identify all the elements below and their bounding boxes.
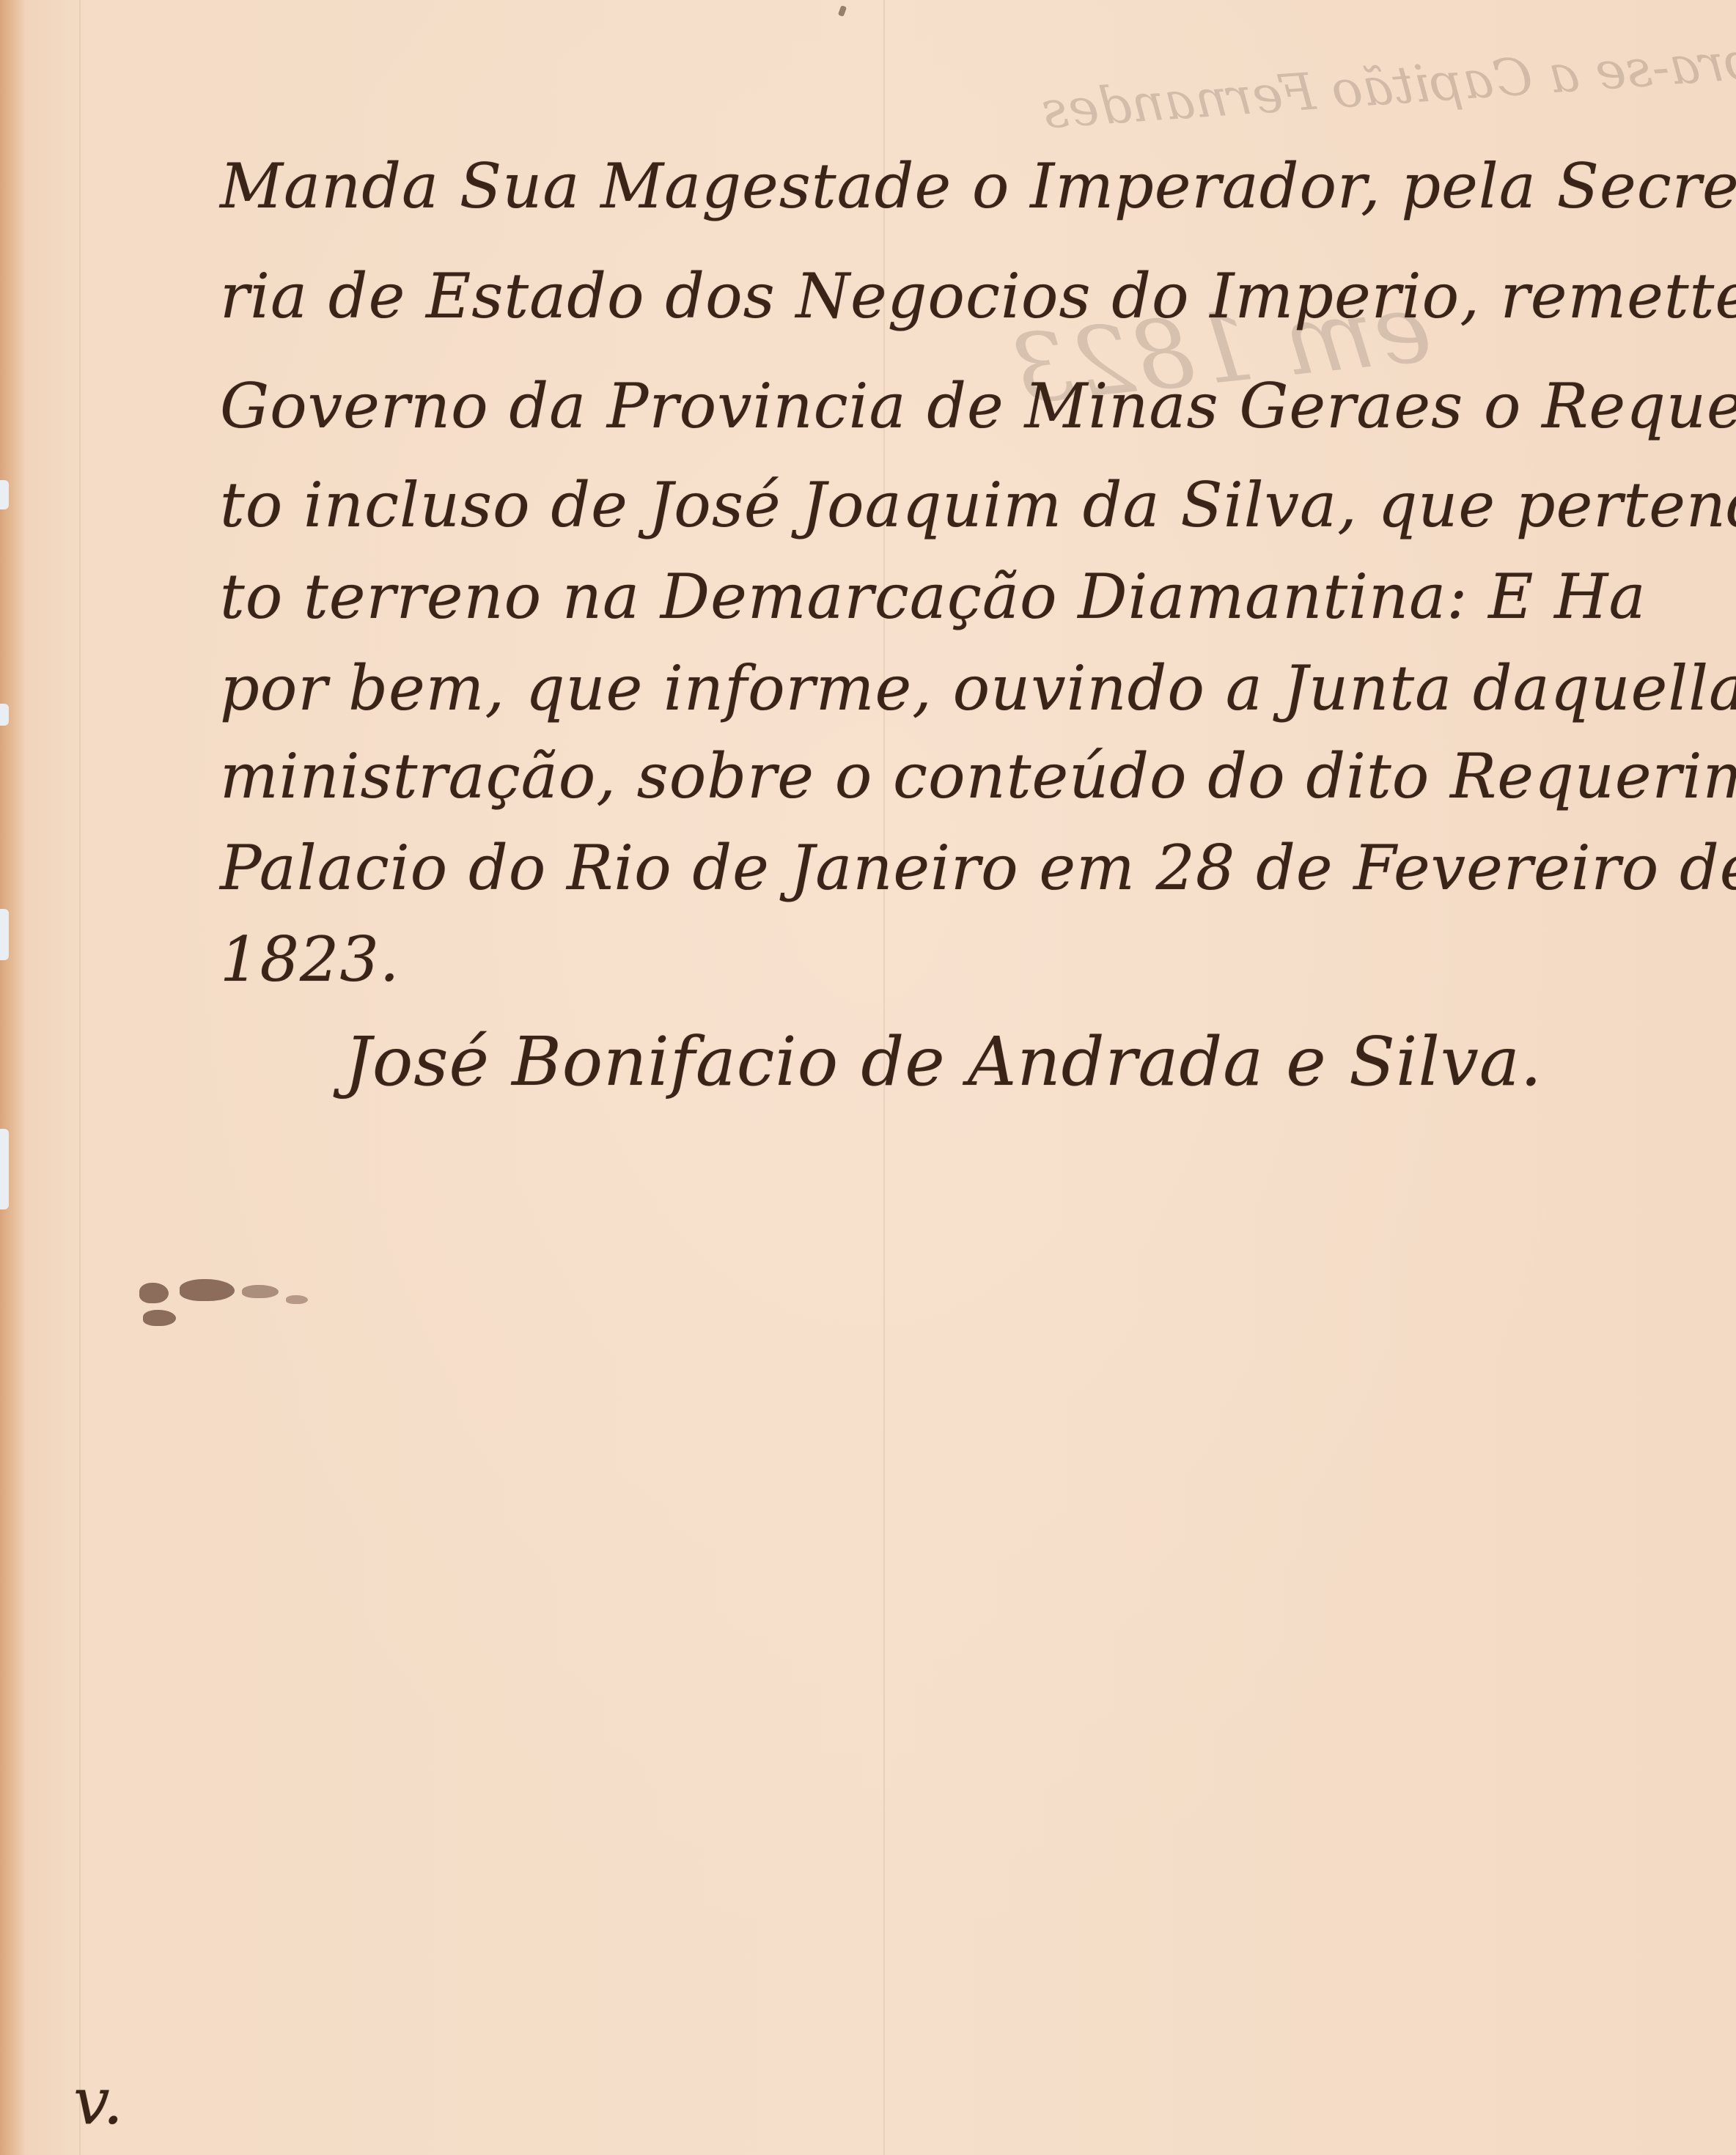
manuscript-line-5: to terreno na Demarcação Diamantina: E H… — [220, 561, 1647, 633]
edge-tear — [0, 909, 9, 960]
manuscript-line-6: por bem, que informe, ouvindo a Junta da… — [220, 652, 1736, 724]
edge-tear — [0, 1129, 9, 1209]
manuscript-line-8: Palacio do Rio de Janeiro em 28 de Fever… — [220, 832, 1736, 904]
manuscript-line-2: ria de Estado dos Negocios do Imperio, r… — [220, 260, 1736, 332]
edge-tear — [0, 480, 9, 509]
edge-tear — [0, 704, 9, 726]
ink-speck — [838, 5, 847, 17]
manuscript-date-year: 1823. — [220, 924, 400, 995]
manuscript-line-1: Manda Sua Magestade o Imperador, pela Se… — [220, 150, 1736, 222]
folio-mark: v. — [73, 2063, 124, 2139]
paper-fold — [79, 0, 81, 2155]
worn-left-edge — [0, 0, 25, 2155]
manuscript-line-3: Governo da Provincia de Minas Geraes o R… — [220, 370, 1736, 442]
ink-blot — [139, 1279, 323, 1330]
signature: José Bonifacio de Andrada e Silva. — [345, 1023, 1542, 1101]
manuscript-page: Compra-se a Capitão Fernandes em 1823 Ma… — [0, 0, 1736, 2155]
manuscript-line-4: to incluso de José Joaquim da Silva, que… — [220, 469, 1736, 541]
manuscript-line-7: ministração, sobre o conteúdo do dito Re… — [220, 740, 1736, 812]
bleed-through-text: Compra-se a Capitão Fernandes — [1040, 22, 1736, 140]
